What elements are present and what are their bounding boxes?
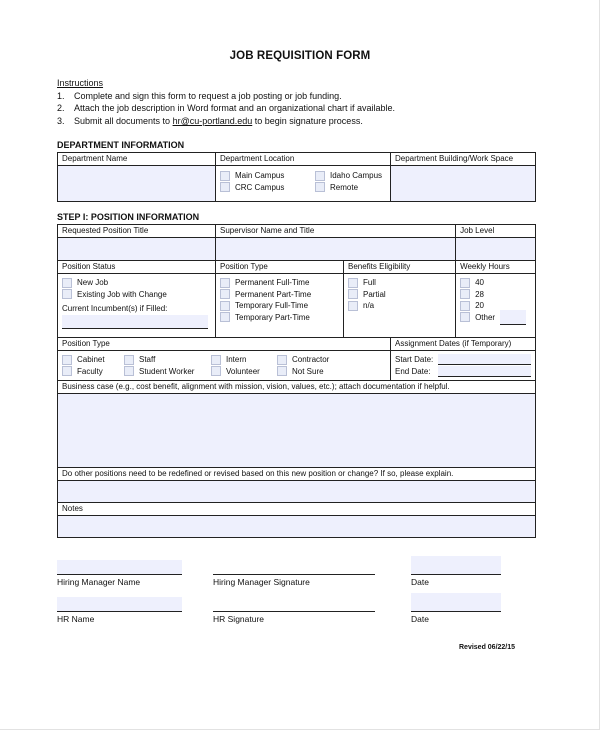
position-category-label: Position Type <box>58 338 391 351</box>
hiring-manager-signature-block: Hiring Manager Signature <box>213 560 375 587</box>
checkbox[interactable] <box>348 301 358 311</box>
end-date-label: End Date: <box>395 367 438 376</box>
checkbox[interactable] <box>460 278 470 288</box>
redefine-label: Do other positions need to be redefined … <box>58 468 536 481</box>
form-title: JOB REQUISITION FORM <box>0 50 600 62</box>
benefits-full[interactable]: Full <box>348 277 451 289</box>
hours-other[interactable]: Other <box>460 312 531 324</box>
department-building-field[interactable] <box>391 166 536 202</box>
assignment-dates: Start Date: End Date: <box>391 351 536 381</box>
hr-name-field[interactable] <box>57 597 182 611</box>
department-name-field[interactable] <box>58 166 216 202</box>
hiring-manager-name-block: Hiring Manager Name <box>57 560 182 587</box>
type-temporary-full-time[interactable]: Temporary Full-Time <box>220 300 339 312</box>
weekly-hours-options: 40 28 20 Other <box>456 274 536 338</box>
notes-field[interactable] <box>58 516 536 538</box>
signature-line <box>213 611 375 612</box>
instructions-heading: Instructions <box>57 77 395 90</box>
hiring-manager-name-label: Hiring Manager Name <box>57 577 182 587</box>
checkbox[interactable] <box>220 312 230 322</box>
notes-label: Notes <box>58 503 536 516</box>
instruction-number: 2. <box>57 102 74 115</box>
checkbox[interactable] <box>220 278 230 288</box>
category-faculty[interactable]: Faculty <box>62 366 124 378</box>
type-permanent-part-time[interactable]: Permanent Part-Time <box>220 289 339 301</box>
start-date-row: Start Date: <box>395 354 531 366</box>
signature-line <box>57 574 182 575</box>
instruction-number: 1. <box>57 90 74 103</box>
signature-line <box>411 611 501 612</box>
checkbox[interactable] <box>277 366 287 376</box>
checkbox[interactable] <box>211 366 221 376</box>
checkbox-label: Volunteer <box>226 367 260 376</box>
checkbox-label: Existing Job with Change <box>77 290 167 299</box>
hr-signature-field[interactable] <box>213 597 375 611</box>
type-permanent-full-time[interactable]: Permanent Full-Time <box>220 277 339 289</box>
hiring-manager-signature-label: Hiring Manager Signature <box>213 577 375 587</box>
location-main-campus[interactable]: Main Campus <box>220 170 315 182</box>
job-level-field[interactable] <box>456 238 536 261</box>
position-type-label: Position Type <box>216 261 344 274</box>
checkbox[interactable] <box>62 355 72 365</box>
checkbox[interactable] <box>62 366 72 376</box>
category-not-sure[interactable]: Not Sure <box>277 366 329 378</box>
signature-line <box>411 574 501 575</box>
start-date-label: Start Date: <box>395 355 438 364</box>
position-title-field[interactable] <box>58 238 216 261</box>
checkbox-label: n/a <box>363 301 374 310</box>
checkbox[interactable] <box>460 301 470 311</box>
checkbox-label: Cabinet <box>77 355 105 364</box>
checkbox-label: Temporary Part-Time <box>235 313 310 322</box>
position-status-label: Position Status <box>58 261 216 274</box>
location-idaho-campus[interactable]: Idaho Campus <box>315 170 382 182</box>
checkbox[interactable] <box>124 355 134 365</box>
checkbox[interactable] <box>348 289 358 299</box>
instruction-item: 1.Complete and sign this form to request… <box>57 90 395 103</box>
business-case-field[interactable] <box>58 394 536 468</box>
supervisor-label: Supervisor Name and Title <box>216 225 456 238</box>
checkbox-label: Idaho Campus <box>330 171 382 180</box>
department-location-label: Department Location <box>216 153 391 166</box>
date2-block: Date <box>411 593 501 624</box>
category-volunteer[interactable]: Volunteer <box>211 366 277 378</box>
date2-label: Date <box>411 614 501 624</box>
checkbox-label: Partial <box>363 290 386 299</box>
instruction-text: Attach the job description in Word forma… <box>74 102 395 115</box>
start-date-field[interactable] <box>438 354 531 365</box>
instruction-number: 3. <box>57 115 74 128</box>
checkbox[interactable] <box>220 301 230 311</box>
checkbox-label: Remote <box>330 183 358 192</box>
hours-40[interactable]: 40 <box>460 277 531 289</box>
category-student-worker[interactable]: Student Worker <box>124 366 211 378</box>
benefits-partial[interactable]: Partial <box>348 289 451 301</box>
checkbox-label: Faculty <box>77 367 103 376</box>
checkbox-label: 40 <box>475 278 484 287</box>
checkbox[interactable] <box>62 278 72 288</box>
date1-label: Date <box>411 577 501 587</box>
checkbox-label: 20 <box>475 301 484 310</box>
checkbox-label: Intern <box>226 355 246 364</box>
checkbox[interactable] <box>220 171 230 181</box>
hiring-manager-name-field[interactable] <box>57 560 182 574</box>
benefits-label: Benefits Eligibility <box>344 261 456 274</box>
end-date-field[interactable] <box>438 366 531 377</box>
category-intern[interactable]: Intern <box>211 354 277 366</box>
checkbox-label: Temporary Full-Time <box>235 301 308 310</box>
checkbox[interactable] <box>124 366 134 376</box>
checkbox-label: Permanent Part-Time <box>235 290 311 299</box>
checkbox-label: Other <box>475 313 495 322</box>
hr-name-block: HR Name <box>57 597 182 624</box>
signature-line <box>213 574 375 575</box>
checkbox-label: Staff <box>139 355 155 364</box>
checkbox[interactable] <box>460 289 470 299</box>
hr-signature-label: HR Signature <box>213 614 375 624</box>
position-heading: STEP I: POSITION INFORMATION <box>57 212 199 222</box>
status-existing-job[interactable]: Existing Job with Change <box>62 289 211 301</box>
date1-field[interactable] <box>411 556 501 574</box>
position-table: Requested Position Title Supervisor Name… <box>57 224 536 538</box>
department-building-label: Department Building/Work Space <box>391 153 536 166</box>
checkbox-label: Contractor <box>292 355 329 364</box>
position-type-options: Permanent Full-Time Permanent Part-Time … <box>216 274 344 338</box>
position-title-label: Requested Position Title <box>58 225 216 238</box>
department-table: Department Name Department Location Depa… <box>57 152 536 202</box>
benefits-options: Full Partial n/a <box>344 274 456 338</box>
checkbox[interactable] <box>220 182 230 192</box>
hr-signature-block: HR Signature <box>213 597 375 624</box>
benefits-na[interactable]: n/a <box>348 300 451 312</box>
checkbox-label: New Job <box>77 278 108 287</box>
business-case-label: Business case (e.g., cost benefit, align… <box>58 381 536 394</box>
hr-email-link[interactable]: hr@cu-portland.edu <box>173 116 253 126</box>
location-remote[interactable]: Remote <box>315 182 382 194</box>
position-status-options: New Job Existing Job with Change Current… <box>58 274 216 338</box>
signature-line <box>57 611 182 612</box>
checkbox[interactable] <box>277 355 287 365</box>
category-staff[interactable]: Staff <box>124 354 211 366</box>
checkbox[interactable] <box>211 355 221 365</box>
incumbent-field[interactable] <box>62 315 208 329</box>
hours-other-field[interactable] <box>500 310 526 325</box>
instructions: Instructions 1.Complete and sign this fo… <box>57 77 395 127</box>
instruction-item: 2.Attach the job description in Word for… <box>57 102 395 115</box>
revised-date: Revised 06/22/15 <box>459 644 515 651</box>
checkbox[interactable] <box>62 289 72 299</box>
checkbox-label: Not Sure <box>292 367 324 376</box>
checkbox-label: Main Campus <box>235 171 284 180</box>
supervisor-field[interactable] <box>216 238 456 261</box>
checkbox[interactable] <box>220 289 230 299</box>
position-category-options: Cabinet Faculty Staff Student Worker Int… <box>58 351 391 381</box>
category-contractor[interactable]: Contractor <box>277 354 329 366</box>
type-temporary-part-time[interactable]: Temporary Part-Time <box>220 312 339 324</box>
checkbox[interactable] <box>315 182 325 192</box>
checkbox[interactable] <box>315 171 325 181</box>
date1-block: Date <box>411 556 501 587</box>
department-location-options: Main Campus CRC Campus Idaho Campus Remo… <box>216 166 391 202</box>
hours-28[interactable]: 28 <box>460 289 531 301</box>
job-level-label: Job Level <box>456 225 536 238</box>
status-new-job[interactable]: New Job <box>62 277 211 289</box>
instruction-text: to begin signature process. <box>252 116 363 126</box>
department-heading: DEPARTMENT INFORMATION <box>57 140 184 150</box>
checkbox[interactable] <box>348 278 358 288</box>
assignment-dates-label: Assignment Dates (if Temporary) <box>391 338 536 351</box>
location-crc-campus[interactable]: CRC Campus <box>220 182 315 194</box>
incumbent-label: Current Incumbent(s) if Filled: <box>62 304 211 313</box>
redefine-field[interactable] <box>58 481 536 503</box>
date2-field[interactable] <box>411 593 501 611</box>
category-cabinet[interactable]: Cabinet <box>62 354 124 366</box>
checkbox-label: Student Worker <box>139 367 194 376</box>
department-name-label: Department Name <box>58 153 216 166</box>
instruction-item: 3.Submit all documents to hr@cu-portland… <box>57 115 395 128</box>
instruction-text: Complete and sign this form to request a… <box>74 90 342 103</box>
hiring-manager-signature-field[interactable] <box>213 560 375 574</box>
instruction-text: Submit all documents to <box>74 116 173 126</box>
checkbox-label: Permanent Full-Time <box>235 278 309 287</box>
checkbox-label: 28 <box>475 290 484 299</box>
hr-name-label: HR Name <box>57 614 182 624</box>
weekly-hours-label: Weekly Hours <box>456 261 536 274</box>
checkbox-label: CRC Campus <box>235 183 284 192</box>
document-page: JOB REQUISITION FORM Instructions 1.Comp… <box>0 0 600 730</box>
checkbox[interactable] <box>460 312 470 322</box>
end-date-row: End Date: <box>395 366 531 378</box>
checkbox-label: Full <box>363 278 376 287</box>
